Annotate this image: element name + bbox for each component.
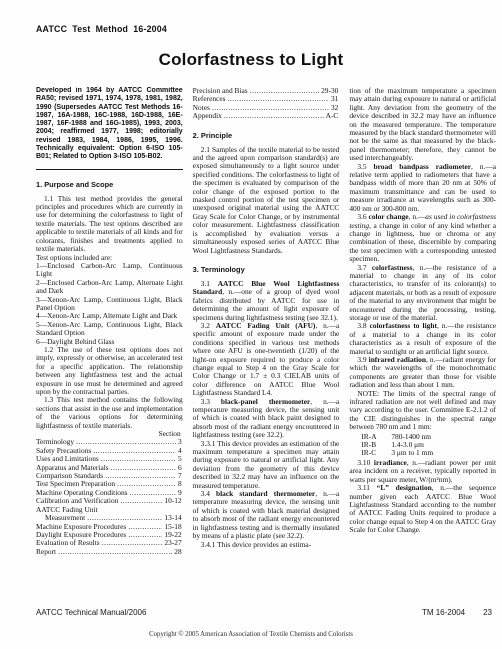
toc-leader-dots	[76, 438, 176, 446]
development-history: Developed in 1964 by AATCC Committee RA5…	[36, 87, 183, 162]
toc-leader-dots	[250, 87, 319, 95]
page-title: Colorfastness to Light	[0, 50, 502, 70]
paragraph: 3.3.1 This device provides an estimation…	[193, 440, 340, 490]
text-run: , n.—a relative term applied to radiomet…	[349, 162, 496, 213]
ir-range-row: IR-A780-1400 nm	[361, 433, 496, 441]
paragraph: 2—Enclosed Carbon-Arc Lamp, Alternate Li…	[36, 279, 183, 296]
column-center: Precision and Bias29-30References31Notes…	[193, 87, 340, 605]
paragraph: NOTE: The limits of the spectral range o…	[349, 390, 496, 432]
paragraph: 1.3 This test method contains the follow…	[36, 396, 183, 430]
toc-leader-dots	[128, 523, 162, 531]
paragraph: 3.4.1 This device provides an estima-	[193, 541, 340, 549]
toc-leader-dots	[93, 447, 176, 455]
text-run: , n.—a temperature measuring device, the…	[193, 489, 340, 540]
text-run: , a change in color of any kind whether …	[349, 221, 496, 264]
page-footer: AATCC Technical Manual/2006 TM 16-2004 2…	[36, 608, 492, 617]
paragraph: 1—Enclosed Carbon-Arc Lamp, Continuous L…	[36, 262, 183, 279]
footer-page-number: 23	[483, 608, 492, 617]
toc-list: Precision and Bias29-30References31Notes…	[193, 87, 340, 121]
toc-leader-dots	[120, 497, 162, 505]
toc-leader-dots	[58, 548, 172, 556]
ir-term: IR-C	[361, 449, 391, 457]
toc-leader-dots	[102, 539, 163, 547]
document-id-header: AATCC Test Method 16-2004	[36, 24, 167, 34]
paragraph: 2.1 Samples of the textile material to b…	[193, 146, 340, 255]
paragraph: 3.9 infrared radiation, n.—radiant energ…	[349, 356, 496, 390]
section-heading: 1. Purpose and Scope	[36, 180, 183, 189]
text-run: , n.—the resistance of a material to cha…	[349, 263, 496, 322]
ir-range-table: IR-A780-1400 nmIR-B1.4-3.0 μmIR-C3 μm to…	[349, 433, 496, 458]
toc-leader-dots	[128, 531, 162, 539]
toc-label: Appendix	[193, 112, 222, 120]
document-page: AATCC Test Method 16-2004 Colorfastness …	[0, 0, 502, 649]
paragraph: 3.1 AATCC Blue Wool Lightfastness Standa…	[193, 280, 340, 322]
text-run: , n.—a specific amount of exposure made …	[193, 321, 340, 397]
toc-leader-dots	[212, 104, 329, 112]
toc-row: References31	[193, 95, 340, 103]
copyright-line: Copyright © 2005 American Association of…	[0, 631, 502, 638]
paragraph: tion of the maximum temperature a specim…	[349, 87, 496, 163]
toc-label: Report	[36, 548, 56, 556]
paragraph: 5—Xenon-Arc Lamp, Continuous Light, Blac…	[36, 321, 183, 338]
column-left: Developed in 1964 by AATCC Committee RA5…	[36, 87, 183, 605]
footer-doc-id: TM 16-2004	[422, 608, 465, 617]
body-columns: Developed in 1964 by AATCC Committee RA5…	[36, 87, 496, 605]
column-right: tion of the maximum temperature a specim…	[349, 87, 496, 605]
section-heading: 2. Principle	[193, 131, 340, 140]
divider-rule	[36, 169, 183, 170]
toc-leader-dots	[228, 95, 329, 103]
toc-leader-dots	[105, 472, 176, 480]
toc-leader-dots	[111, 464, 176, 472]
toc-row: Evaluation of Results23-27	[36, 539, 183, 547]
ir-value: 3 μm to 1 mm	[391, 449, 433, 457]
toc-row: AppendixA-C	[193, 112, 340, 120]
toc-leader-dots	[101, 455, 176, 463]
paragraph: 3.5 broad bandpass radiometer, n.—a rela…	[349, 163, 496, 213]
toc-list: Terminology3Safety Precautions4Uses and …	[36, 438, 183, 556]
paragraph: 3.3 black-panel thermometer, n.—a temper…	[193, 398, 340, 440]
toc-page-number: 10-12	[164, 497, 182, 505]
toc-leader-dots	[224, 112, 324, 120]
footer-manual-title: AATCC Technical Manual/2006	[36, 608, 146, 617]
toc-page-number: 28	[174, 548, 182, 556]
footer-right-group: TM 16-2004 23	[422, 608, 492, 617]
paragraph: 3—Xenon-Arc Lamp, Continuous Light, Blac…	[36, 296, 183, 313]
toc-page-number: A-C	[326, 112, 340, 120]
paragraph: 3.10 irradiance, n.—radiant power per un…	[349, 459, 496, 484]
text-run: , n.—the sequence number given each AATC…	[349, 483, 496, 534]
ir-range-row: IR-C3 μm to 1 mm	[361, 449, 496, 457]
toc-row: Report28	[36, 548, 183, 556]
paragraph: 3.11 “L” designation, n.—the sequence nu…	[349, 484, 496, 534]
section-heading: 3. Terminology	[193, 265, 340, 274]
paragraph: 3.7 colorfastness, n.—the resistance of …	[349, 264, 496, 323]
paragraph: 3.8 colorfastness to light, n.—the resis…	[349, 322, 496, 356]
paragraph: 3.4 black standard thermometer, n.—a tem…	[193, 490, 340, 540]
paragraph: 1.1 This test method provides the genera…	[36, 195, 183, 254]
paragraph: 1.2 The use of these test options does n…	[36, 346, 183, 396]
paragraph: 3.2 AATCC Fading Unit (AFU), n.—a specif…	[193, 322, 340, 398]
paragraph: 3.6 color change, n.—as used in colorfas…	[349, 213, 496, 263]
